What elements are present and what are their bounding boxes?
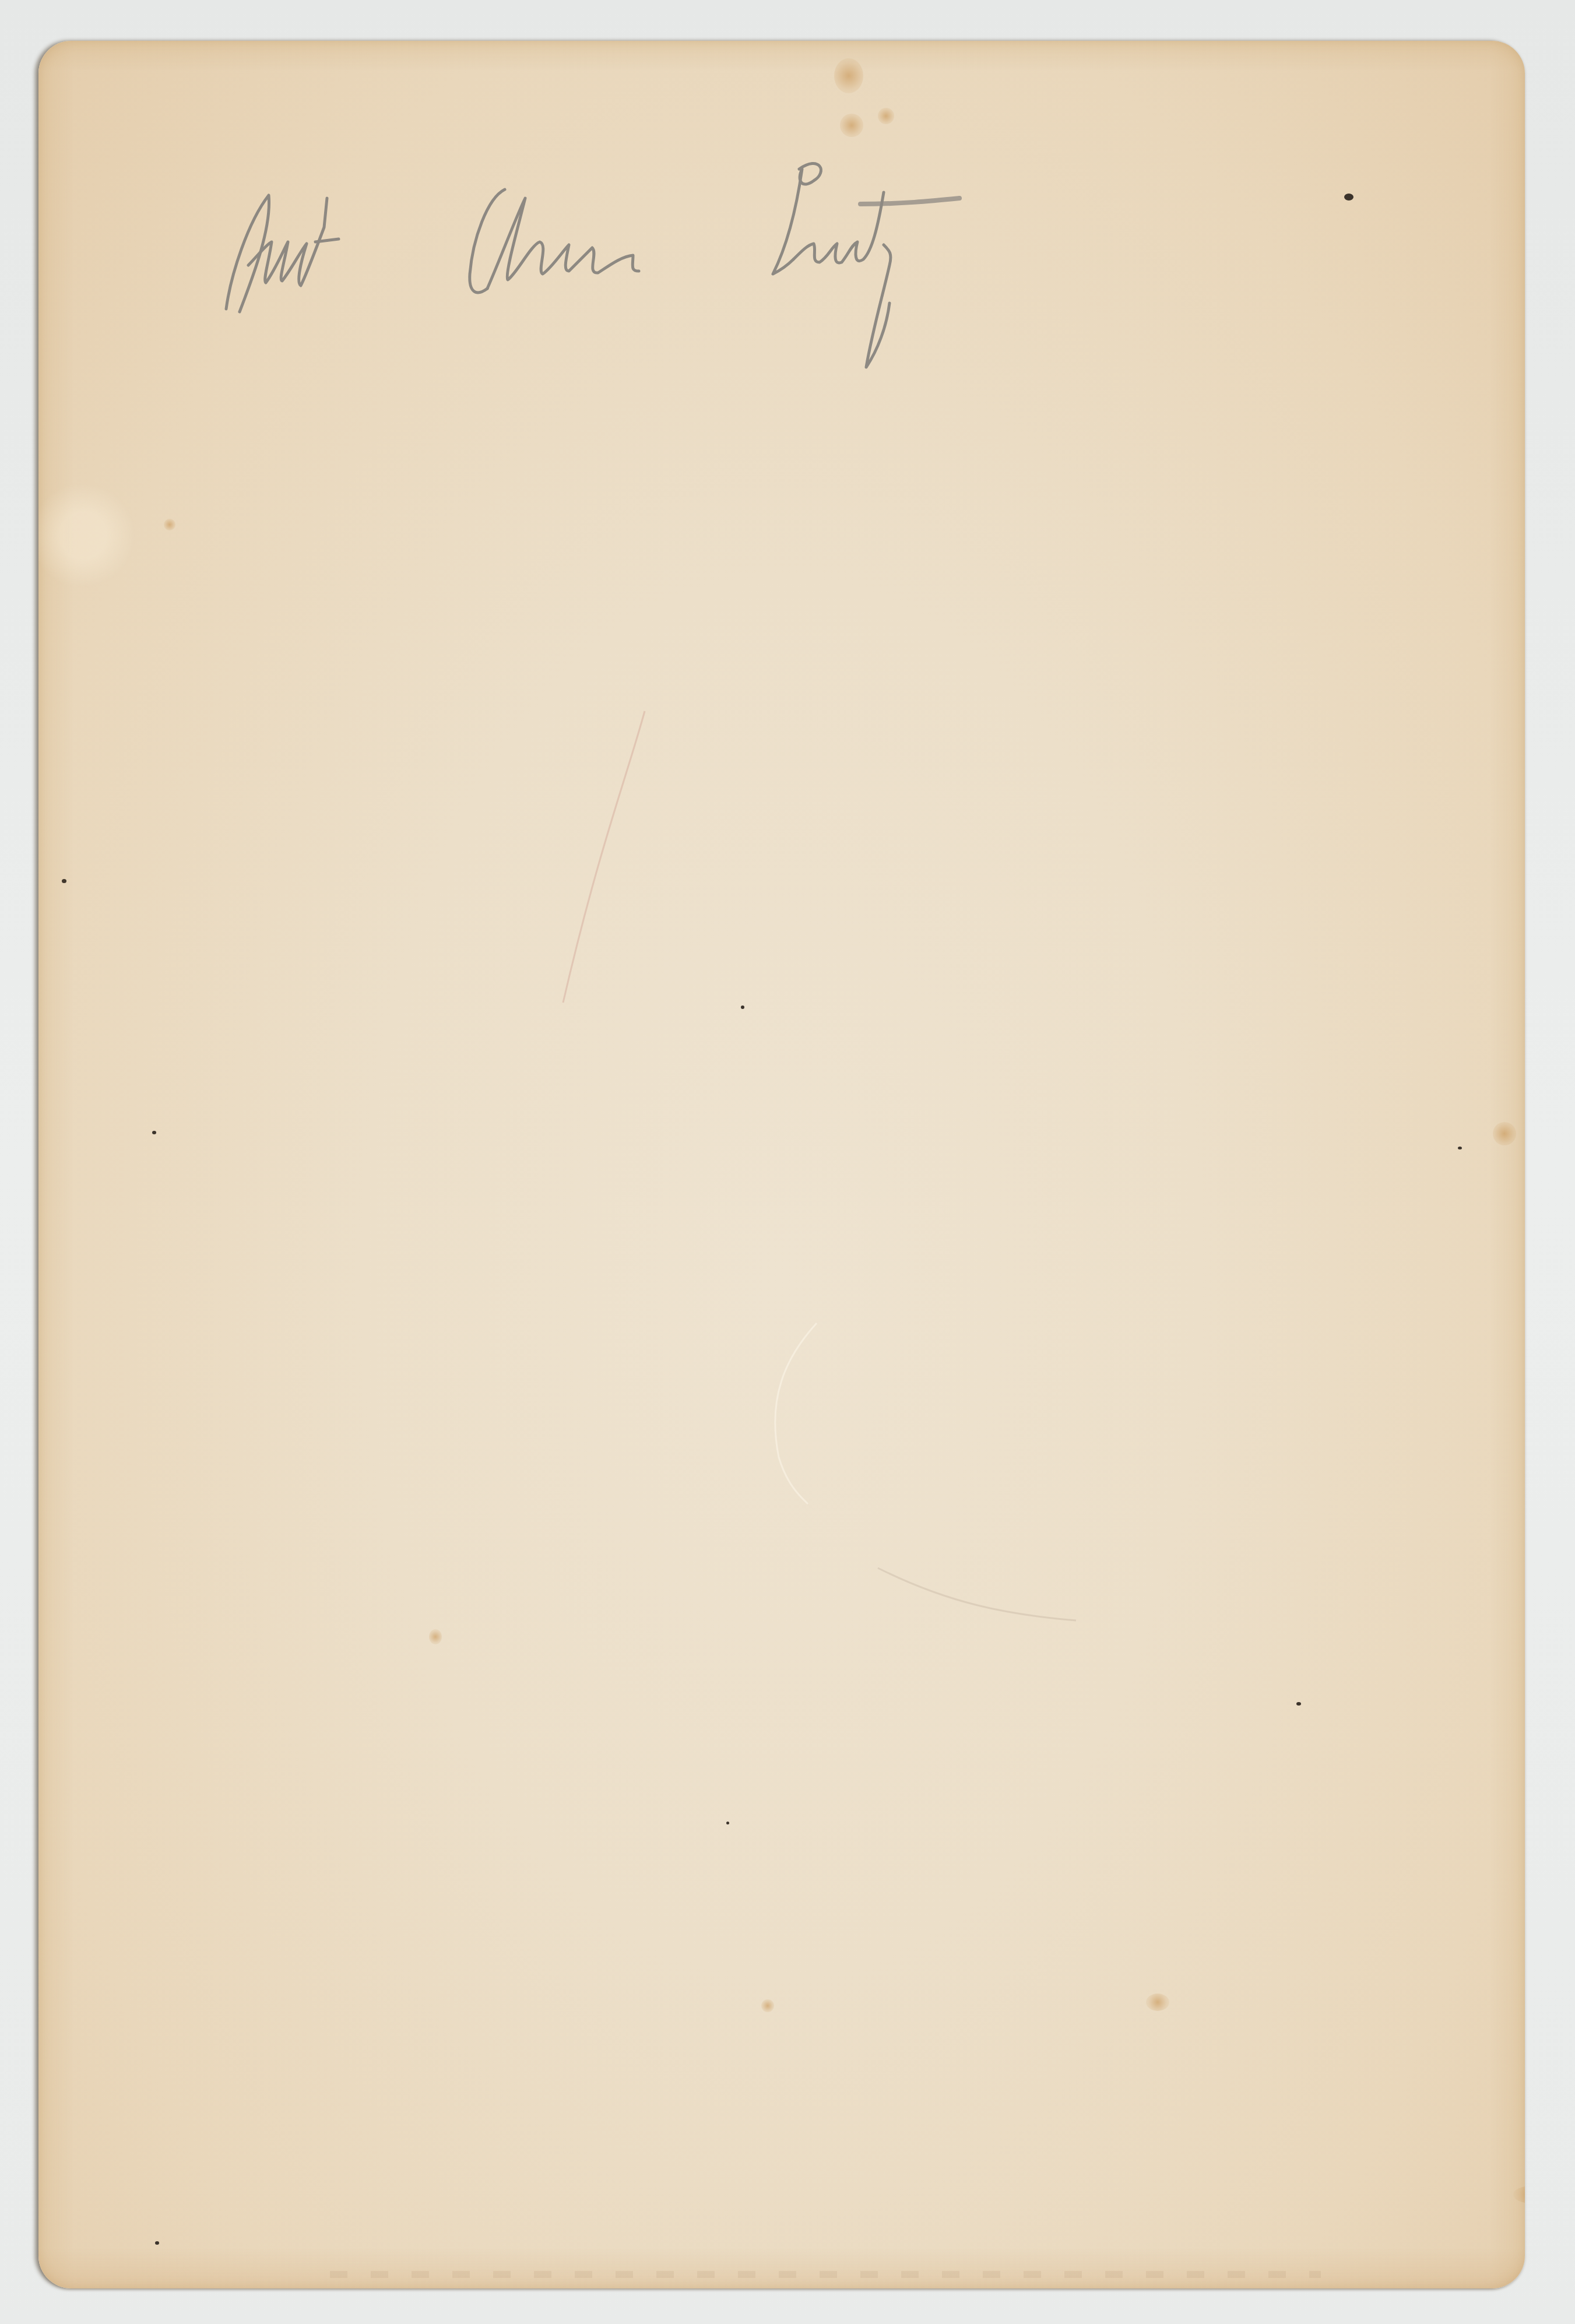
pencil-handwriting bbox=[213, 157, 1321, 391]
handwritten-inscription: Aunt Clara Lautz bbox=[213, 157, 1321, 391]
card-back: Aunt Clara Lautz bbox=[38, 41, 1525, 2288]
scanner-background: Aunt Clara Lautz bbox=[0, 0, 1575, 2324]
faded-bottom-imprint bbox=[330, 2271, 1321, 2278]
